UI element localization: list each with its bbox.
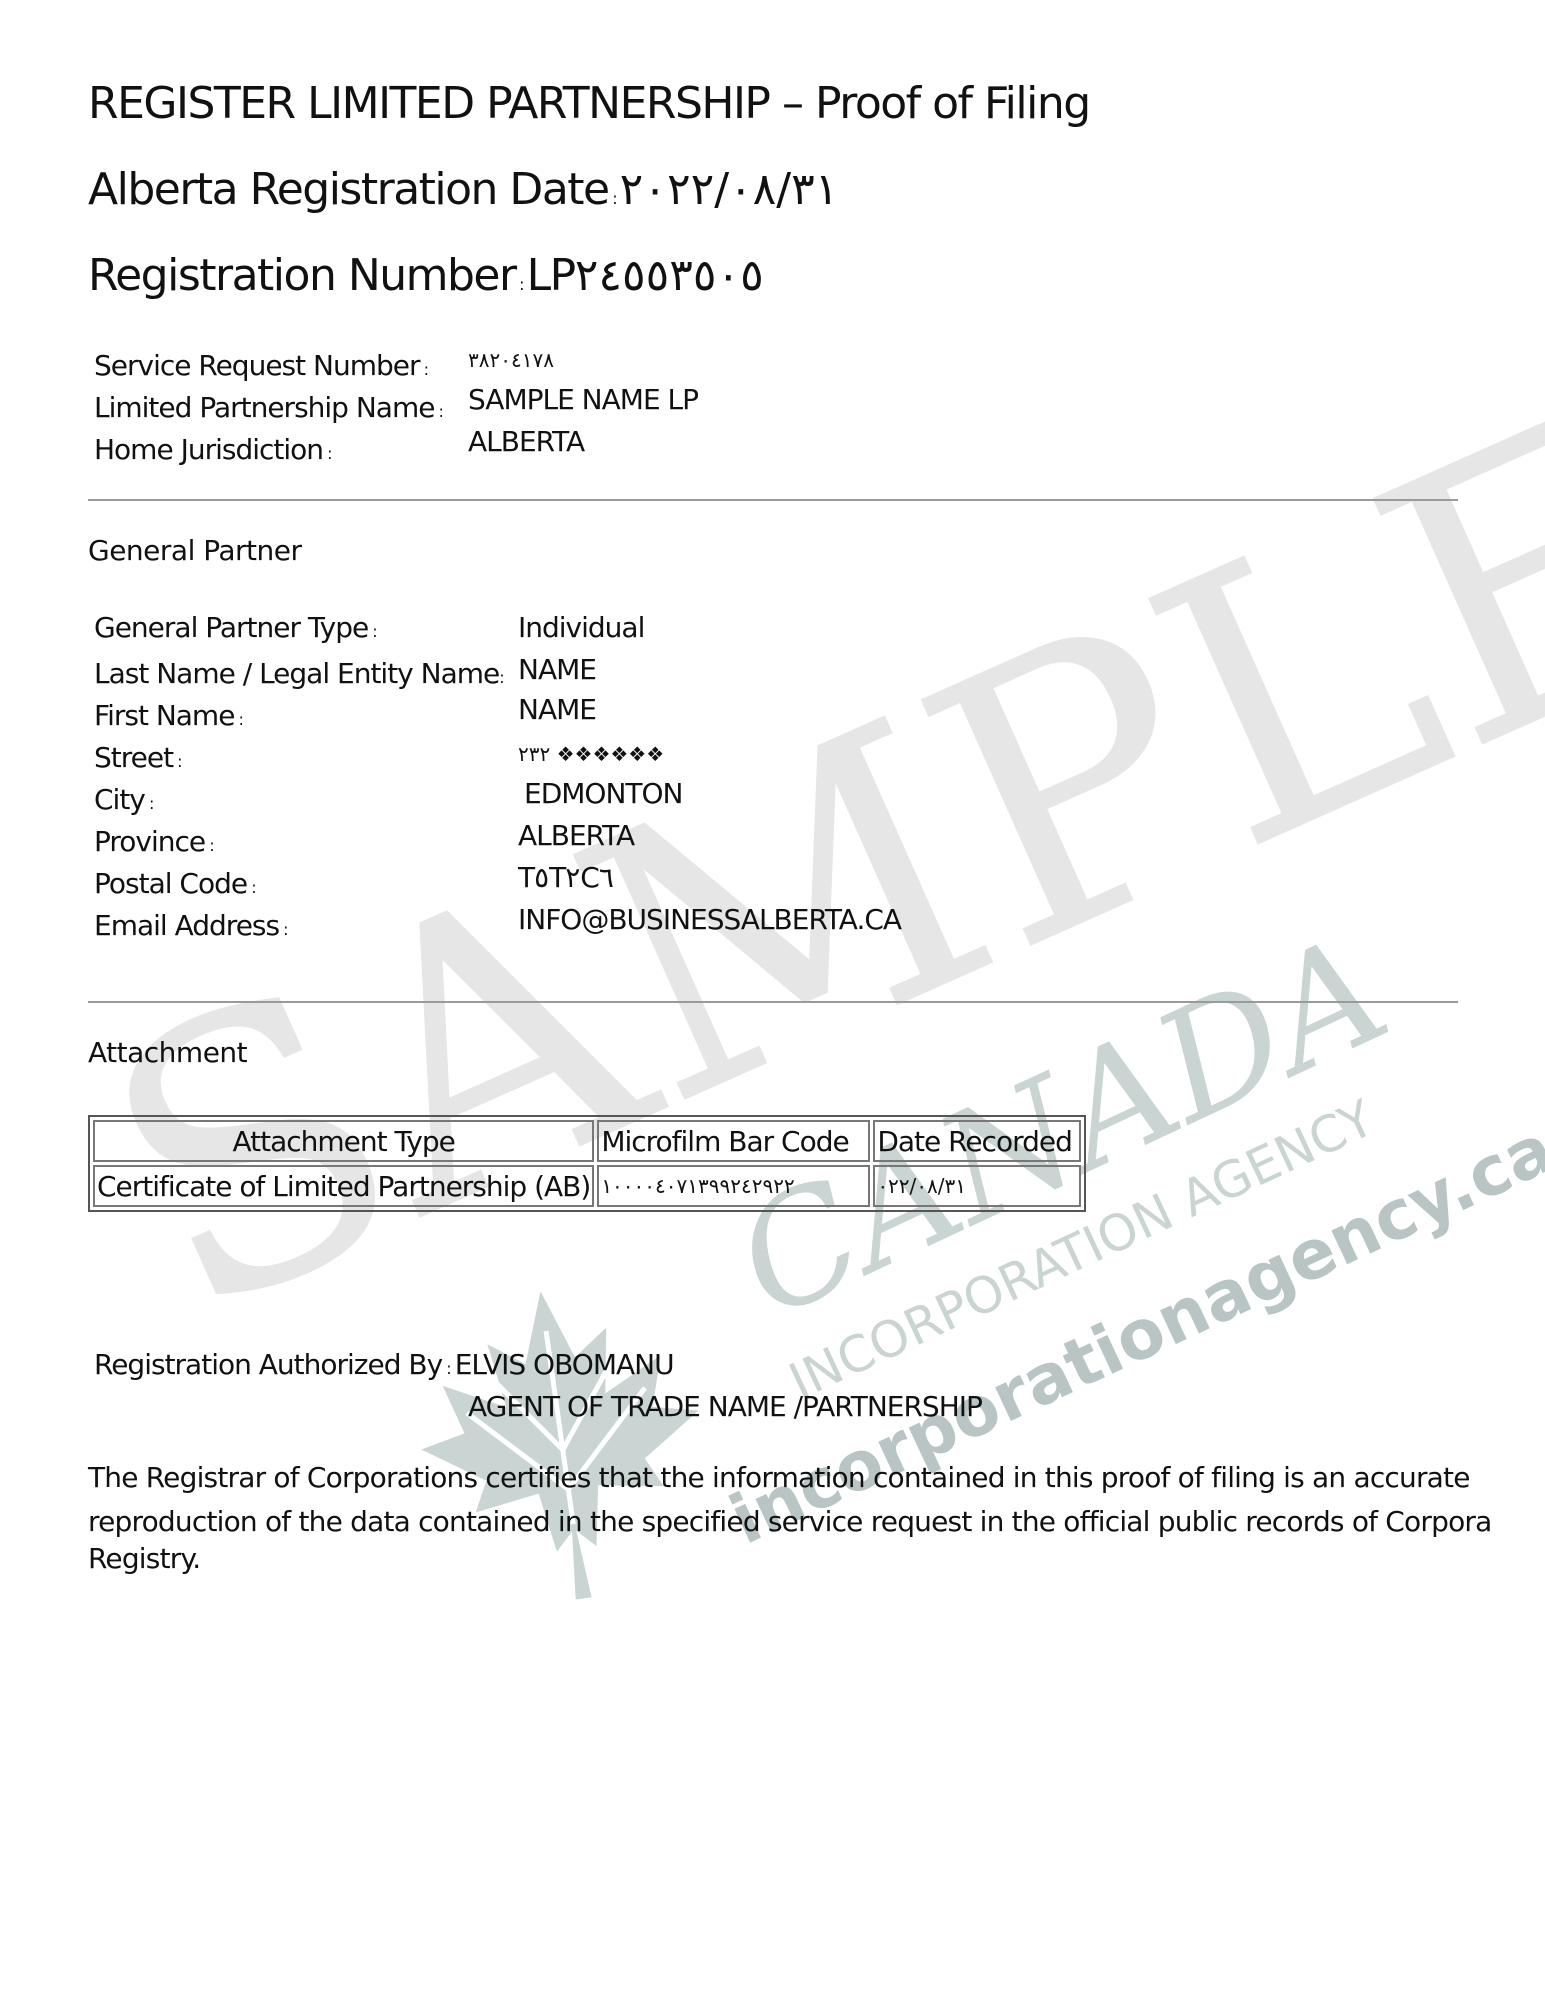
street-label: Street : xyxy=(94,744,182,772)
email-label: Email Address : xyxy=(94,912,288,940)
attachment-heading: Attachment xyxy=(88,1036,247,1069)
city-value: EDMONTON xyxy=(524,780,682,808)
attachment-table: Attachment Type Microfilm Bar Code Date … xyxy=(88,1115,1086,1212)
barcode-cell: ١٠٠٠٠٤٠٧١٣٩٩٢٤٢٩٢٢ xyxy=(597,1165,870,1207)
authorized-by-role: AGENT OF TRADE NAME /PARTNERSHIP xyxy=(468,1390,982,1423)
general-partner-heading: General Partner xyxy=(88,534,302,567)
certification-statement: The Registrar of Corporations certifies … xyxy=(88,1456,1491,1574)
last-name-label: Last Name / Legal Entity Name: xyxy=(94,660,504,688)
proof-of-filing-document: REGISTER LIMITED PARTNERSHIP – Proof of … xyxy=(0,0,1545,2000)
document-title: REGISTER LIMITED PARTNERSHIP – Proof of … xyxy=(88,78,1090,129)
registration-date-value: ٢٠٢٢/٠٨/٣١ xyxy=(620,164,839,215)
postal-code-label: Postal Code : xyxy=(94,870,256,898)
postal-code-value: T٥T٢C٦ xyxy=(518,864,614,892)
registration-number-value: LP٢٤٥٥٣٥٠٥ xyxy=(527,250,764,301)
certification-line: reproduction of the data contained in th… xyxy=(88,1500,1491,1544)
partnership-name-label: Limited Partnership Name : xyxy=(94,394,443,422)
registration-date: Alberta Registration Date : ٢٠٢٢/٠٨/٣١ xyxy=(88,164,838,215)
first-name-value: NAME xyxy=(518,696,596,724)
province-label: Province : xyxy=(94,828,214,856)
partnership-name-value: SAMPLE NAME LP xyxy=(468,386,698,414)
city-label: City : xyxy=(94,786,153,814)
email-value: INFO@BUSINESSALBERTA.CA xyxy=(518,906,901,934)
authorized-by: Registration Authorized By : ELVIS OBOMA… xyxy=(94,1348,674,1381)
last-name-value: NAME xyxy=(518,656,596,684)
first-name-label: First Name : xyxy=(94,702,243,730)
registration-date-label: Alberta Registration Date xyxy=(88,164,609,215)
home-jurisdiction-label: Home Jurisdiction : xyxy=(94,436,332,464)
home-jurisdiction-value: ALBERTA xyxy=(468,428,584,456)
attachment-type-cell: Certificate of Limited Partnership (AB) xyxy=(93,1165,594,1207)
certification-line: The Registrar of Corporations certifies … xyxy=(88,1456,1491,1500)
registration-number-label: Registration Number xyxy=(88,250,516,301)
service-request-number-value: ٣٨٢٠٤١٧٨ xyxy=(468,350,554,370)
section-divider xyxy=(88,499,1458,501)
authorized-by-name: ELVIS OBOMANU xyxy=(455,1348,674,1381)
registration-number: Registration Number : LP٢٤٥٥٣٥٠٥ xyxy=(88,250,764,301)
partner-type-value: Individual xyxy=(518,614,644,642)
street-value: ٢٣٢ ❖❖❖❖❖❖ xyxy=(518,744,664,764)
certification-line: Registry. xyxy=(88,1544,1491,1574)
section-divider xyxy=(88,1001,1458,1003)
column-header: Microfilm Bar Code xyxy=(597,1120,870,1162)
service-request-number-label: Service Request Number : xyxy=(94,352,428,380)
table-row: Certificate of Limited Partnership (AB) … xyxy=(93,1165,1081,1207)
partner-type-label: General Partner Type : xyxy=(94,614,377,642)
table-header-row: Attachment Type Microfilm Bar Code Date … xyxy=(93,1120,1081,1162)
date-recorded-cell: ٠٢٢/٠٨/٣١ xyxy=(873,1165,1081,1207)
column-header: Attachment Type xyxy=(93,1120,594,1162)
column-header: Date Recorded xyxy=(873,1120,1081,1162)
province-value: ALBERTA xyxy=(518,822,634,850)
authorized-by-label: Registration Authorized By xyxy=(94,1348,442,1381)
